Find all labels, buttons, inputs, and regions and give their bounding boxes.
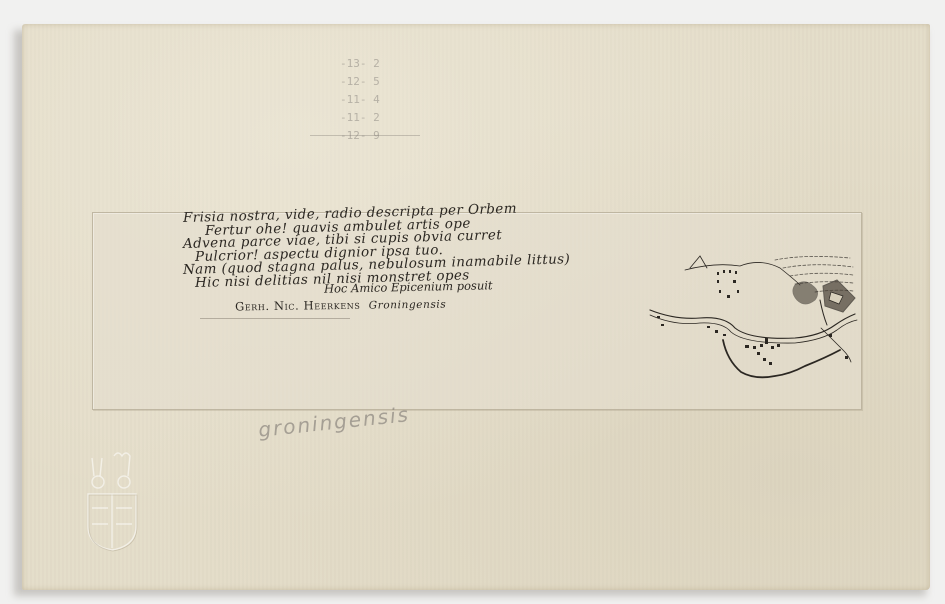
signature-rule [200,318,350,319]
latin-inscription: Frisia nostra, vide, radio descripta per… [183,212,633,290]
pencil-note-line: -13- 2 [340,55,430,73]
signature: Gerh. Nic. Heerkens Groningensis [235,297,447,314]
pencil-rule [310,135,420,136]
pencil-note-line: -12- 9 [340,127,430,145]
pencil-note-line: -11- 2 [340,109,430,127]
signature-city: Groningensis [369,299,447,312]
signature-name: Gerh. Nic. Heerkens [235,298,361,314]
coat-of-arms-stamp-icon [84,448,140,552]
pencil-inventory-notes: -13- 2 -12- 5 -11- 4 -11- 2 -12- 9 [340,55,430,155]
pencil-note-line: -11- 4 [340,91,430,109]
pencil-note-line: -12- 5 [340,73,430,91]
town-map-icon [645,240,860,390]
